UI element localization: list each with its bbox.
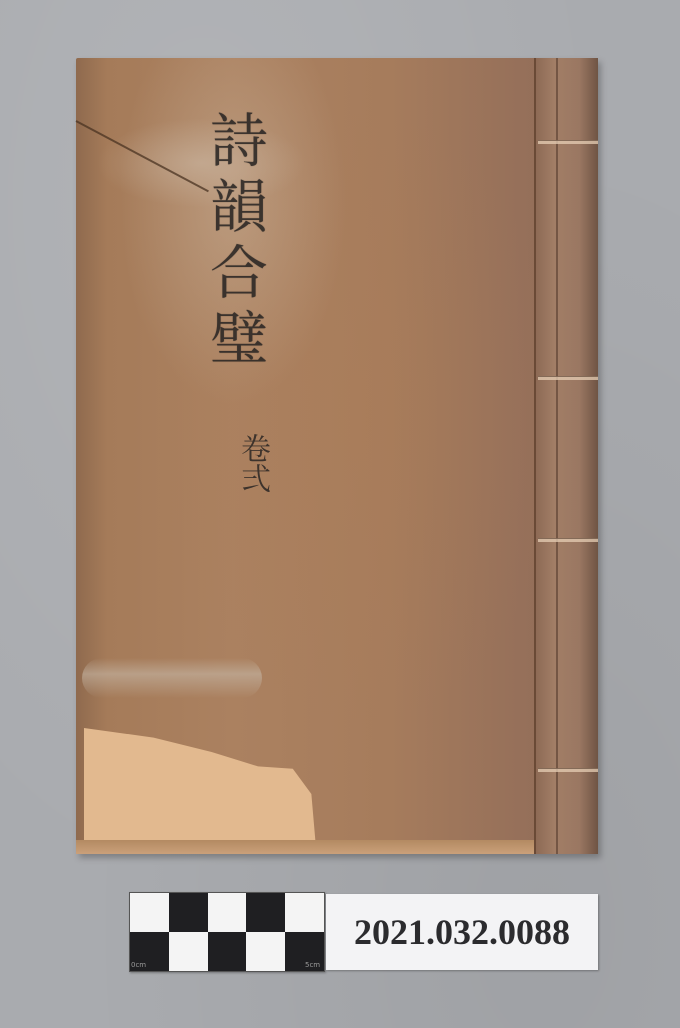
binding-stitch <box>538 538 598 542</box>
scale-cell <box>246 893 285 932</box>
book-title: 詩韻合璧 <box>189 110 279 374</box>
book-bottom-edge <box>76 840 598 854</box>
binding-stitch <box>538 768 598 772</box>
scale-cell <box>208 893 247 932</box>
cover-faded-band <box>82 658 262 698</box>
volume-label: 卷弍 <box>232 433 272 493</box>
spine-fold <box>556 58 558 854</box>
scale-label-start: 0cm <box>131 961 146 969</box>
scale-label-end: 5cm <box>305 961 320 969</box>
scale-cell <box>208 932 247 971</box>
binding-stitch <box>538 376 598 380</box>
binding-stitch <box>538 140 598 144</box>
accession-number-label: 2021.032.0088 <box>326 894 598 970</box>
scale-cell <box>246 932 285 971</box>
scale-bar <box>129 892 325 972</box>
artifact-photo: 詩韻合璧 卷弍 0cm 5cm 2021.032.0088 <box>0 0 680 1028</box>
scale-cell <box>130 893 169 932</box>
book-spine <box>534 58 598 854</box>
book: 詩韻合璧 卷弍 <box>76 58 598 854</box>
scale-cell <box>169 893 208 932</box>
accession-number: 2021.032.0088 <box>354 911 570 953</box>
scale-cell <box>169 932 208 971</box>
scale-cell <box>285 893 324 932</box>
